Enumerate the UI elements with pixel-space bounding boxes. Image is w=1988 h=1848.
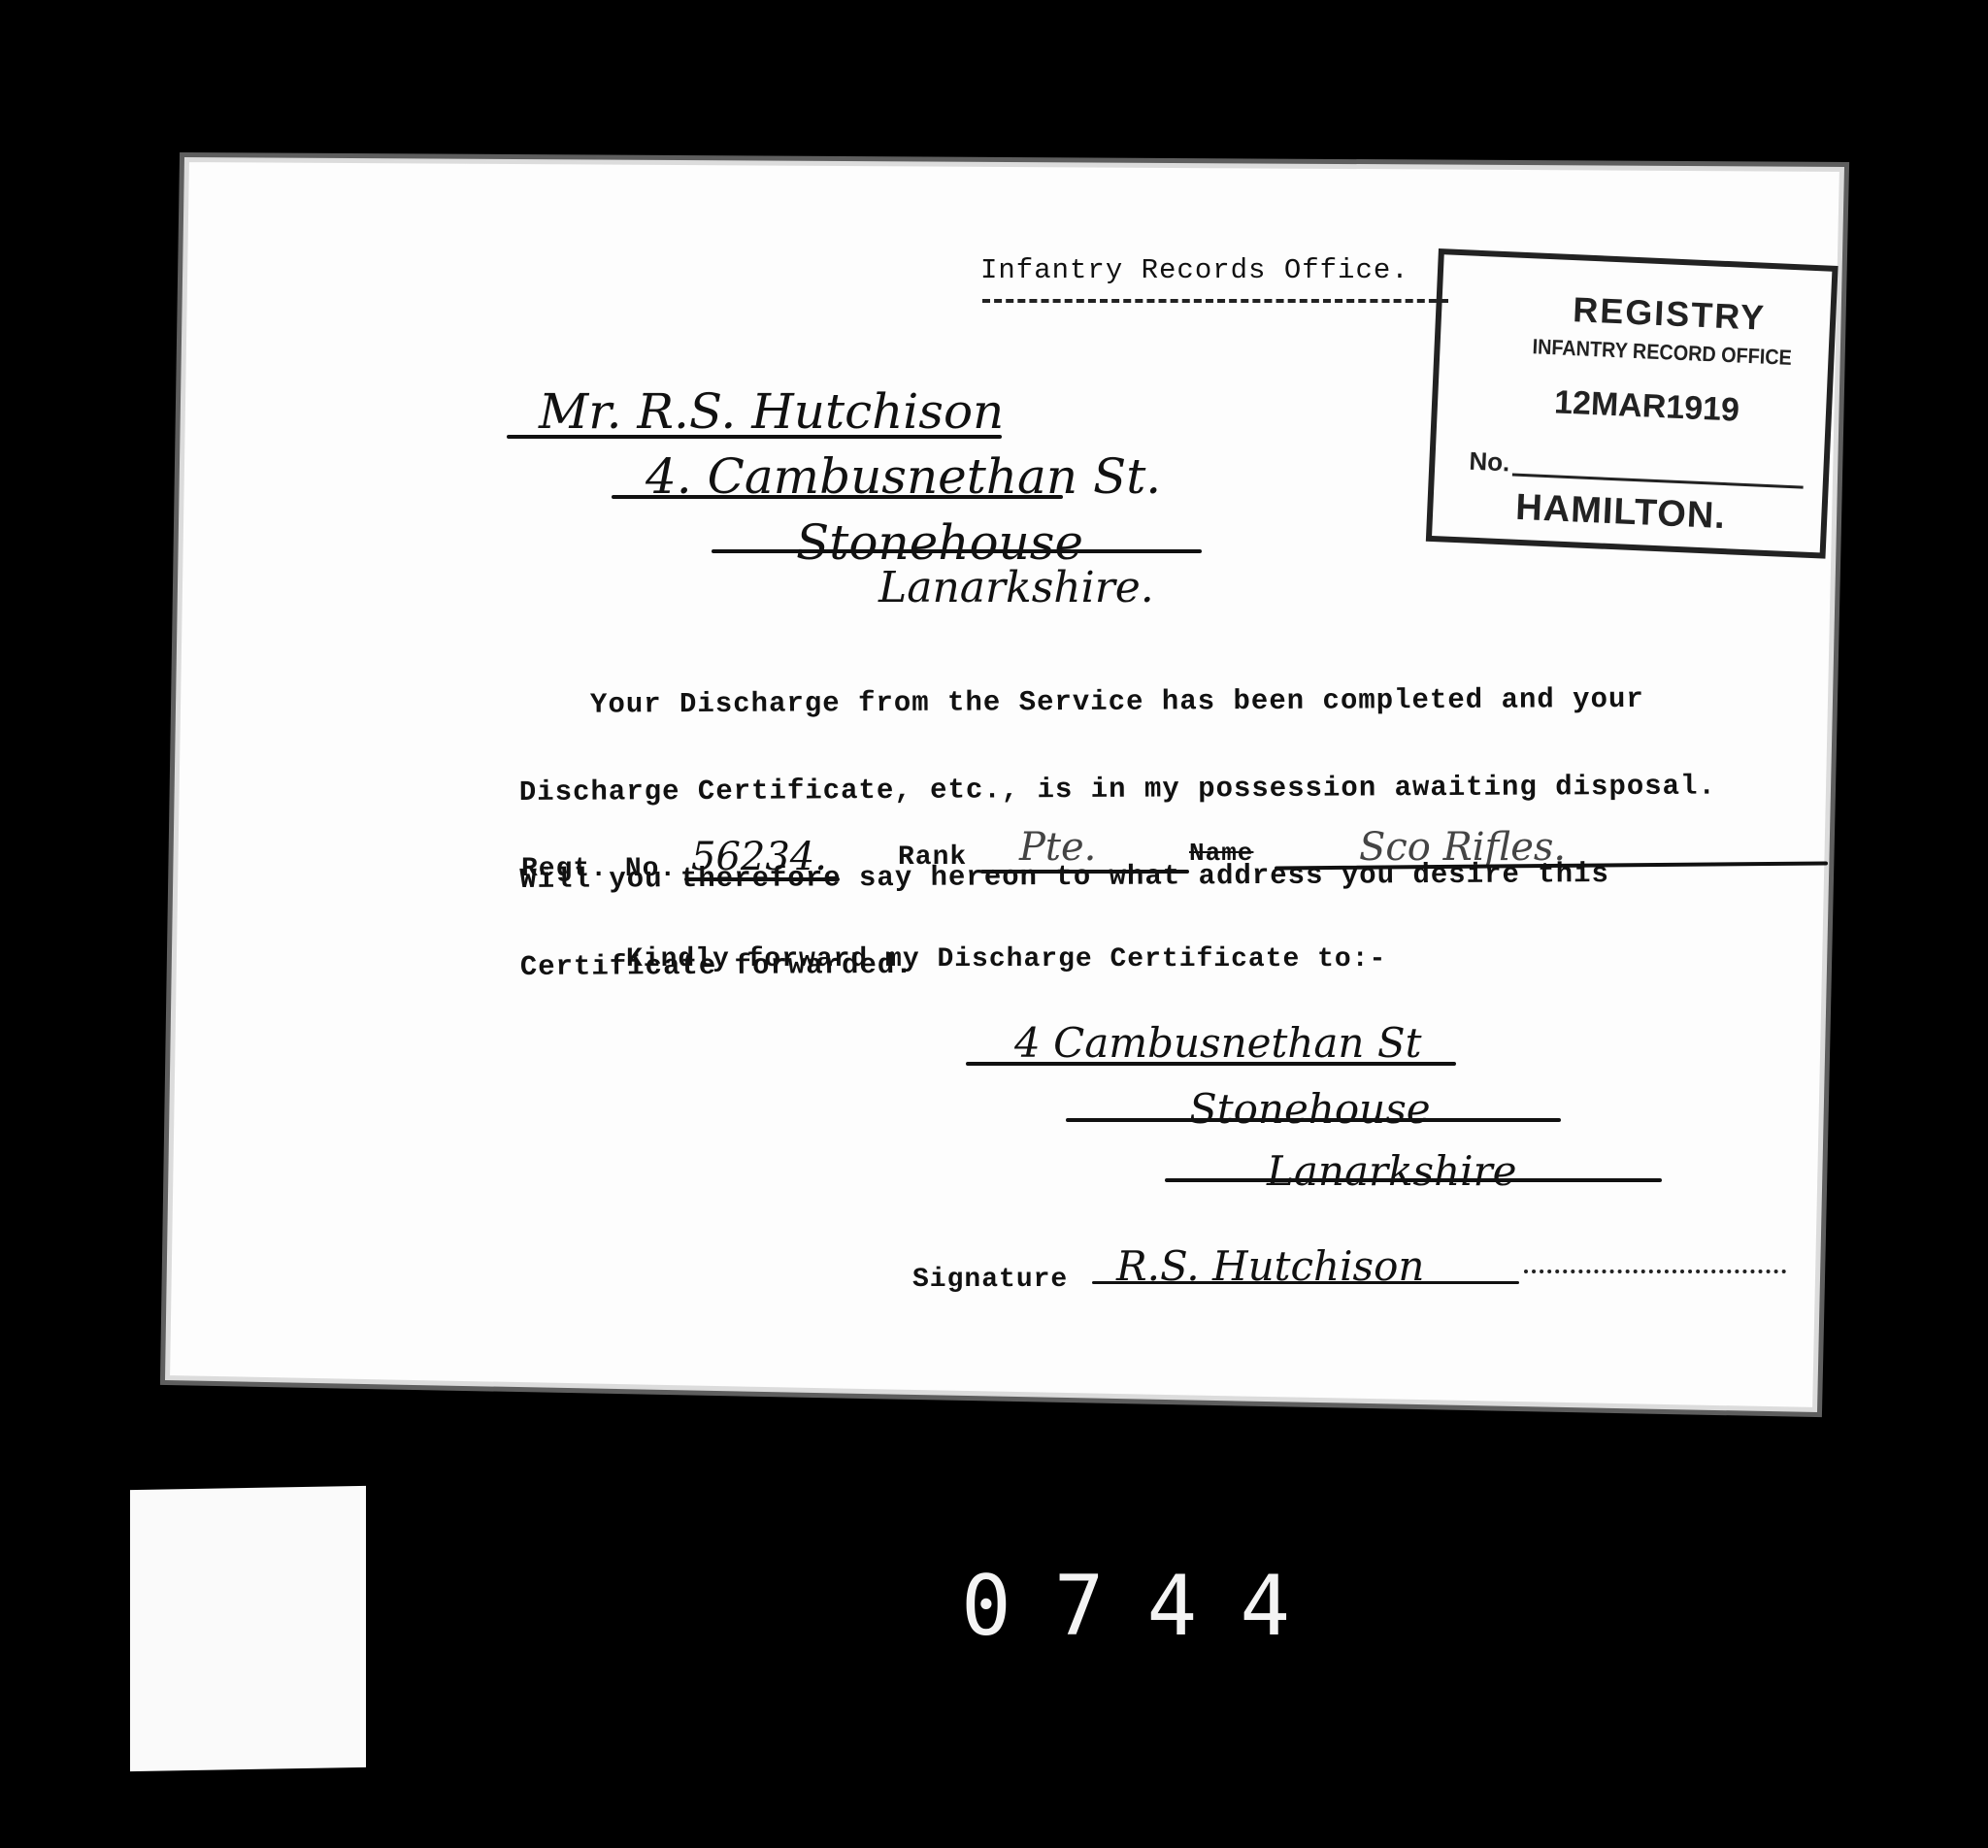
recipient-name-underline (507, 435, 1002, 439)
stamp-office: INFANTRY RECORD OFFICE (1532, 334, 1792, 371)
body-line: Discharge Certificate, etc., is in my po… (519, 772, 1839, 808)
forward-address-line2: Stonehouse (1189, 1085, 1431, 1133)
signature-underline (1092, 1281, 1519, 1284)
signature-dotted-line (1524, 1270, 1786, 1273)
forward-line2-underline (1066, 1118, 1561, 1122)
stamp-location: HAMILTON. (1514, 487, 1726, 538)
office-header: Infantry Records Office. (980, 254, 1409, 286)
recipient-town-underline (712, 549, 1202, 553)
blank-card (130, 1486, 366, 1771)
forward-line1-underline (966, 1062, 1456, 1066)
forward-instruction: Kindly forward my Discharge Certificate … (626, 944, 1386, 974)
stamp-no-line (1512, 474, 1804, 489)
recipient-county: Lanarkshire. (878, 563, 1154, 612)
recipient-name: Mr. R.S. Hutchison (539, 383, 1004, 440)
registry-stamp: REGISTRY INFANTRY RECORD OFFICE 12MAR191… (1426, 248, 1839, 559)
regt-underline (684, 877, 840, 881)
forward-address-line1: 4 Cambusnethan St (1014, 1019, 1422, 1067)
signature-label: Signature (912, 1265, 1068, 1295)
frame-counter: 0744 (961, 1558, 1333, 1655)
forward-line3-underline (1165, 1178, 1662, 1182)
rank-underline (980, 870, 1189, 874)
details-underline (563, 854, 1844, 893)
body-line: Your Discharge from the Service has been… (518, 684, 1839, 720)
stamp-date: 12MAR1919 (1553, 383, 1739, 429)
header-dashed-line (982, 299, 1448, 303)
stamp-title: REGISTRY (1572, 289, 1766, 339)
forward-address-line3: Lanarkshire (1267, 1147, 1517, 1195)
stamp-no-label: No. (1469, 446, 1510, 478)
recipient-street-underline (612, 495, 1063, 499)
